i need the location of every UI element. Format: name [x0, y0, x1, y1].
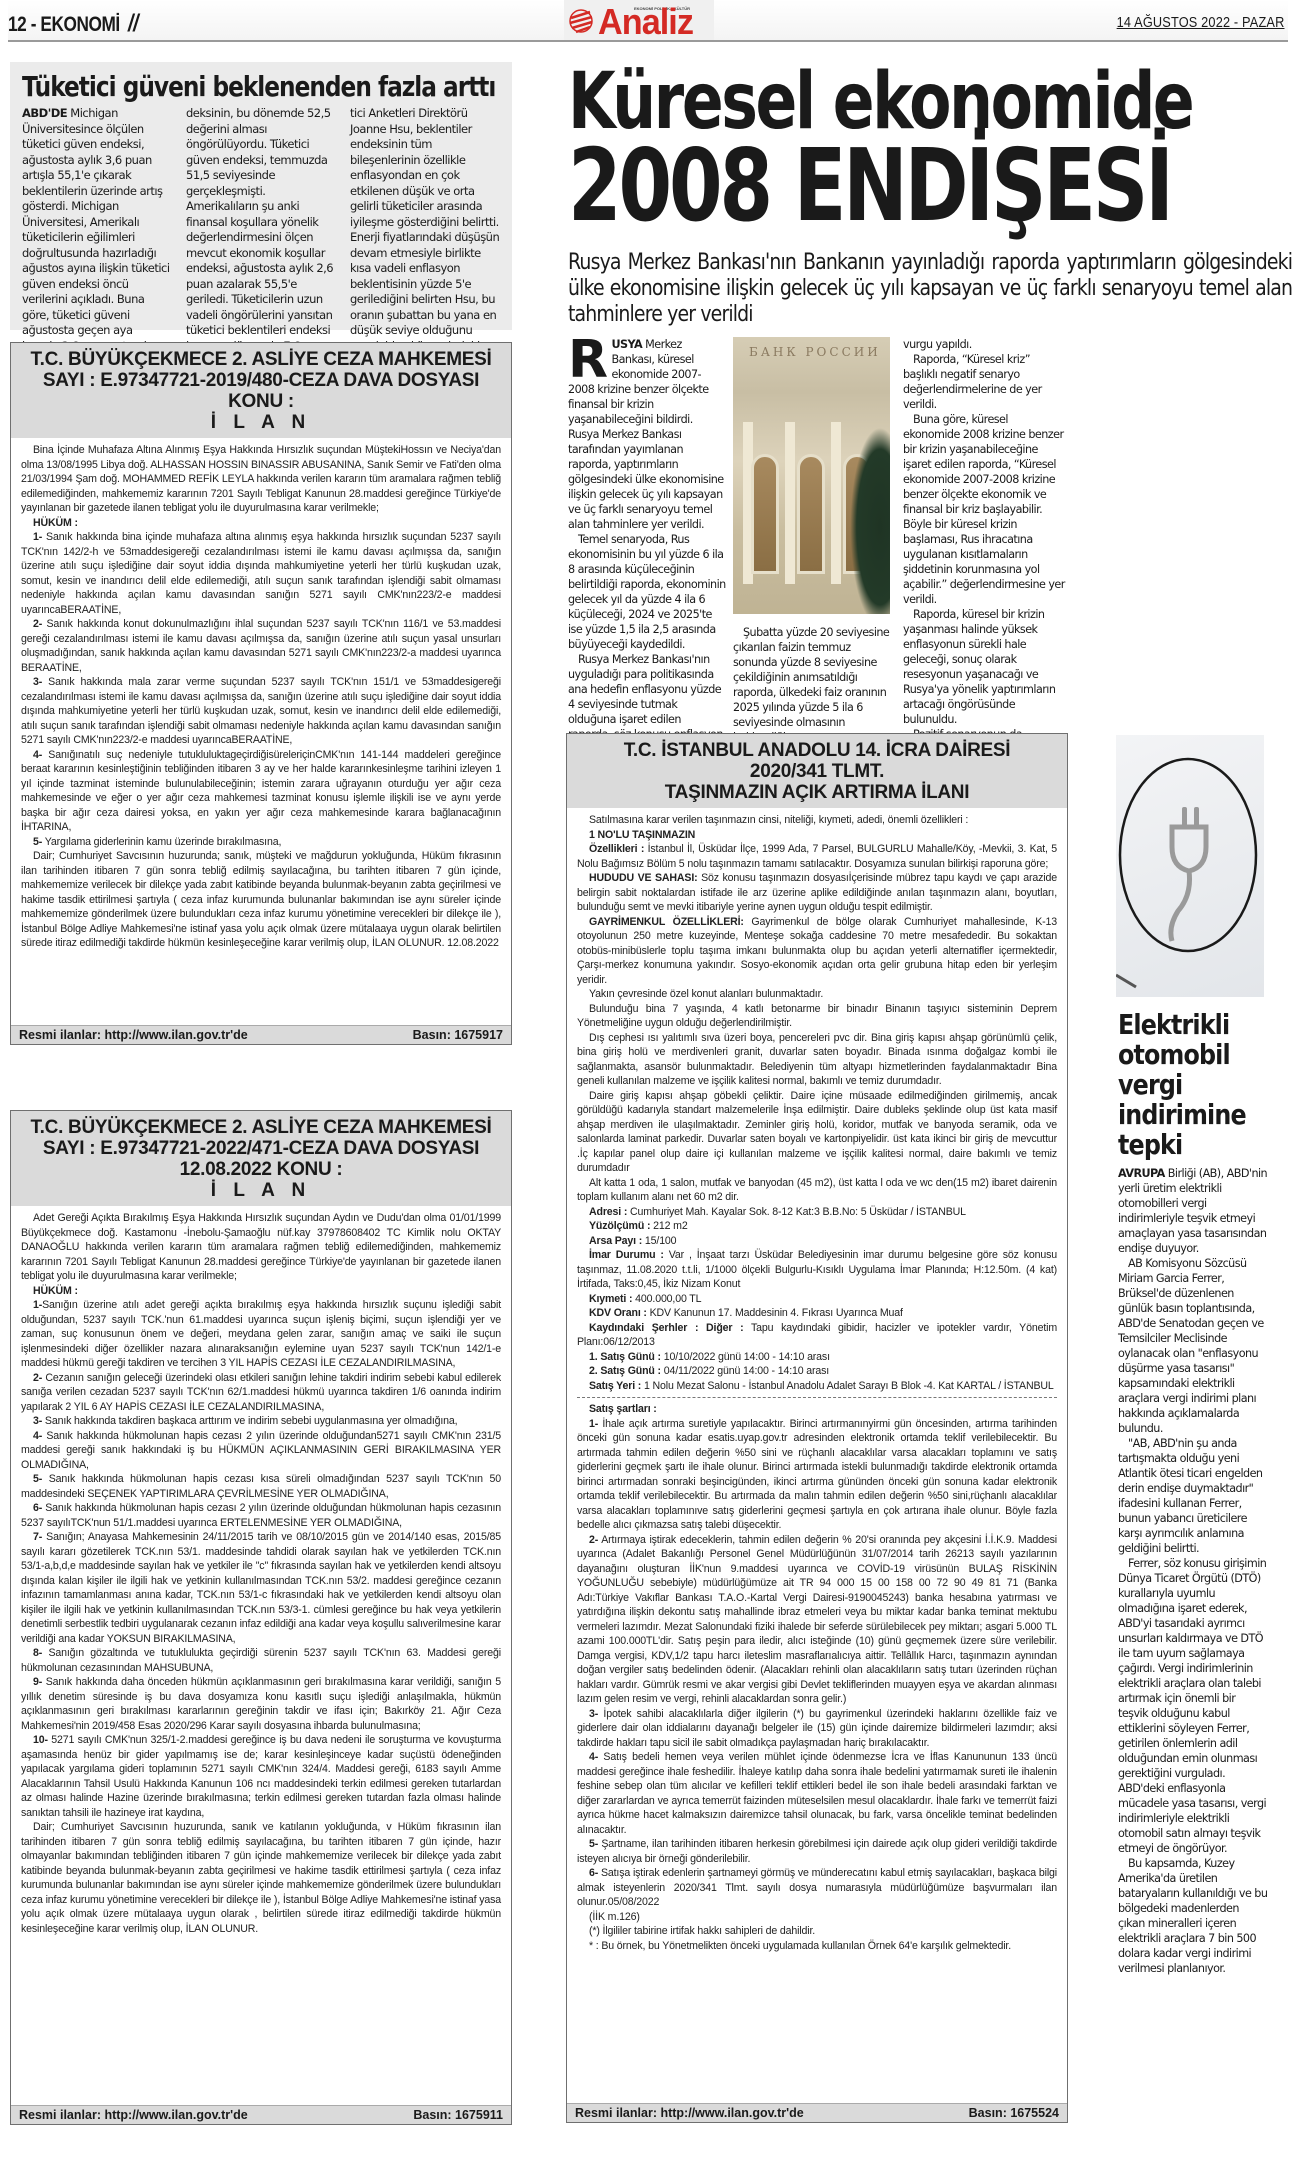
- notice-footer: Resmi ilanlar: http://www.ilan.gov.tr'de…: [567, 2103, 1067, 2122]
- item-text: Artırmaya iştirak edeceklerin, tahmin ed…: [577, 1534, 1057, 1706]
- issue-date: 14 AĞUSTOS 2022 - PAZAR: [1116, 14, 1284, 31]
- note: * : Bu örnek, bu Yönetmelikten önceki uy…: [577, 1939, 1057, 1954]
- court-name: T.C. BÜYÜKÇEKMECE 2. ASLİYE CEZA MAHKEME…: [15, 1117, 507, 1138]
- verdict-item: 2- Sanık hakkında konut dokunulmazlığını…: [21, 617, 501, 675]
- logo-globe-icon: [568, 8, 594, 34]
- paragraph: AB Komisyonu Sözcüsü Miriam Garcia Ferre…: [1118, 1256, 1268, 1436]
- item-number: 10-: [33, 1734, 48, 1746]
- ev-charging-photo: [1116, 735, 1264, 997]
- notice-intro: Satılmasına karar verilen taşınmazın cin…: [577, 813, 1057, 828]
- item-text: Sanığın üzerine atılı adet gereği açıkta…: [21, 1299, 501, 1369]
- spec-row: 1. Satış Günü : 10/10/2022 günü 14:00 - …: [577, 1350, 1057, 1365]
- spec-label: Kaydındaki Şerhler : Diğer :: [589, 1322, 744, 1334]
- file-number: 2020/341 TLMT.: [571, 761, 1063, 782]
- item-number: 6-: [589, 1867, 598, 1879]
- spec-value: 15/100: [642, 1235, 676, 1247]
- spec-value: Cumhuriyet Mah. Kayalar Sok. 8-12 Kat:3 …: [627, 1206, 966, 1218]
- paragraph: Ferrer, söz konusu girişimin Dünya Ticar…: [1118, 1556, 1268, 1856]
- field-label: Özellikleri :: [589, 843, 644, 855]
- spec-label: KDV Oranı :: [589, 1307, 647, 1319]
- item-number: 1-: [33, 1299, 42, 1311]
- verdict-item: 7- Sanığın; Anayasa Mahkemesinin 24/11/2…: [21, 1530, 501, 1646]
- spec-row: KDV Oranı : KDV Kanunun 17. Maddesinin 4…: [577, 1306, 1057, 1321]
- item-number: 5-: [33, 1473, 42, 1485]
- headline-spot: Rusya Merkez Bankası'nın Bankanın yayınl…: [568, 250, 1292, 328]
- press-number: Basın: 1675911: [413, 2108, 503, 2122]
- item-number: 3-: [33, 676, 42, 688]
- item-text: İpotek sahibi alacaklılarla diğer ilgile…: [577, 1708, 1057, 1749]
- item-number: 1-: [33, 531, 42, 543]
- ev-article-body: AVRUPA Birliği (AB), ABD'nin yerli üreti…: [1118, 1166, 1268, 1976]
- notice-footer: Resmi ilanlar: http://www.ilan.gov.tr'de…: [11, 1025, 511, 1044]
- spec-label: 1. Satış Günü :: [589, 1351, 661, 1363]
- spec-row: Adresi : Cumhuriyet Mah. Kayalar Sok. 8-…: [577, 1205, 1057, 1220]
- verdict-item: 1-Sanığın üzerine atılı adet gereği açık…: [21, 1298, 501, 1371]
- verdict-label: HÜKÜM :: [33, 517, 78, 529]
- lead-word: USYA: [612, 338, 643, 351]
- photo-caption: Şubatta yüzde 20 seviyesine çıkarılan fa…: [733, 625, 891, 745]
- item-number: 8-: [33, 1647, 42, 1659]
- spec-value: 04/11/2022 günü 14:00 - 14:10 arası: [661, 1365, 829, 1377]
- paragraph: Buna göre, küresel ekonomide 2008 krizin…: [903, 412, 1066, 607]
- paragraph: Temel senaryoda, Rus ekonomisinin bu yıl…: [568, 532, 726, 652]
- spec-label: Satış Yeri :: [589, 1380, 641, 1392]
- verdict-item: 5- Yargılama giderlerinin kamu üzerinde …: [21, 835, 501, 850]
- paragraph: Birliği (AB), ABD'nin yerli üretim elekt…: [1118, 1167, 1267, 1255]
- logo-wordmark: Analiz: [598, 2, 693, 42]
- property-field: HUDUDU VE SAHASI: Söz konusu taşınmazın …: [577, 871, 1057, 915]
- case-number: SAYI : E.97347721-2022/471-CEZA DAVA DOS…: [15, 1138, 507, 1159]
- item-number: 4-: [33, 1430, 42, 1442]
- verdict-item: 9- Sanık hakkında daha önceden hükmün aç…: [21, 1675, 501, 1733]
- term-item: 4- Satış bedeli hemen veya verilen mühle…: [577, 1750, 1057, 1837]
- item-text: Sanığınatılı suç nedeniyle tutukluluktag…: [21, 749, 501, 834]
- spec-label: İmar Durumu :: [589, 1249, 664, 1261]
- item-number: 2-: [589, 1534, 598, 1546]
- spec-value: 212 m2: [650, 1220, 687, 1232]
- subject-label: KONU :: [15, 391, 507, 412]
- verdict-item: 3- Sanık hakkında takdiren başkaca arttı…: [21, 1414, 501, 1429]
- spec-value: 10/10/2022 günü 14:00 - 14:10 arası: [661, 1351, 830, 1363]
- notice-intro: Adet Gereği Açıkta Bırakılmış Eşya Hakkı…: [21, 1211, 501, 1284]
- item-text: Yargılama giderlerinin kamu üzerinde bır…: [42, 836, 281, 848]
- term-item: 6- Satışa iştirak edenlerin şartnameyi g…: [577, 1866, 1057, 1910]
- item-text: Satış bedeli hemen veya verilen mühlet i…: [577, 1751, 1057, 1836]
- office-name: T.C. İSTANBUL ANADOLU 14. İCRA DAİRESİ: [571, 740, 1063, 761]
- court-name: T.C. BÜYÜKÇEKMECE 2. ASLİYE CEZA MAHKEME…: [15, 349, 507, 370]
- ev-article-title: Elektrikli otomobil vergi indirimine tep…: [1118, 1010, 1267, 1160]
- item-text: Sanık hakkında hükmolunan hapis cezası 2…: [21, 1430, 501, 1471]
- ilan-label: İ L A N: [15, 412, 507, 433]
- item-number: 9-: [33, 1676, 42, 1688]
- official-ads-link[interactable]: Resmi ilanlar: http://www.ilan.gov.tr'de: [575, 2106, 804, 2120]
- field-label: HUDUDU VE SAHASI:: [589, 872, 698, 884]
- paragraph: Raporda, küresel bir krizin yaşanması ha…: [903, 607, 1066, 727]
- electric-plug-icon: [1116, 735, 1264, 997]
- notice-body: Adet Gereği Açıkta Bırakılmış Eşya Hakkı…: [11, 1206, 511, 1942]
- item-number: 5-: [589, 1838, 598, 1850]
- item-text: Sanığın gözaltında ve tutuklulukta geçir…: [21, 1647, 501, 1674]
- verdict-item: 8- Sanığın gözaltında ve tutuklulukta ge…: [21, 1646, 501, 1675]
- item-text: Sanık hakkında hükmolunan hapis cezası 2…: [21, 1502, 501, 1529]
- note: (İİK m.126): [577, 1910, 1057, 1925]
- spec-value: KDV Kanunun 17. Maddesinin 4. Fıkrası Uy…: [647, 1307, 903, 1319]
- item-number: 1-: [589, 1418, 598, 1430]
- item-text: Cezanın sanığın geleceği üzerindeki olas…: [21, 1372, 501, 1413]
- subject-label: 12.08.2022 KONU :: [15, 1159, 507, 1180]
- item-text: Sanık hakkında bina içinde muhafaza altı…: [21, 531, 501, 616]
- tree-shape: [850, 427, 890, 614]
- item-number: 2-: [33, 618, 42, 630]
- slash-divider: //: [128, 10, 138, 37]
- newspaper-logo[interactable]: EKONOMİ POLİTİKA KÜLTÜR Analiz: [564, 0, 714, 40]
- notice-header: T.C. BÜYÜKÇEKMECE 2. ASLİYE CEZA MAHKEME…: [11, 343, 511, 438]
- official-ads-link[interactable]: Resmi ilanlar: http://www.ilan.gov.tr'de: [19, 1028, 248, 1042]
- press-number: Basın: 1675524: [969, 2106, 1059, 2120]
- spec-value: 1 Nolu Mezat Salonu - İstanbul Anadolu A…: [641, 1380, 1053, 1392]
- term-item: 1- İhale açık artırma suretiyle yapılaca…: [577, 1417, 1057, 1533]
- headline-line-2: 2008 ENDİŞESİ: [568, 138, 1292, 234]
- spec-value: 400.000,00 TL: [632, 1293, 701, 1305]
- paragraph: Bu kapsamda, Kuzey Amerika'da üretilen b…: [1118, 1856, 1268, 1976]
- terms-title: Satış şartları :: [589, 1403, 657, 1415]
- field-value: İstanbul İl, Üsküdar İlçe, 1999 Ada, 7 P…: [577, 843, 1057, 870]
- paragraph: Alt katta 1 oda, 1 salon, mutfak ve bany…: [577, 1176, 1057, 1205]
- spec-row: Kaydındaki Şerhler : Diğer : Tapu kaydın…: [577, 1321, 1057, 1350]
- item-number: 4-: [589, 1751, 598, 1763]
- property-field: Özellikleri : İstanbul İl, Üsküdar İlçe,…: [577, 842, 1057, 871]
- section-label: 12 - EKONOMİ//: [8, 10, 138, 38]
- spec-row: Kıymeti : 400.000,00 TL: [577, 1292, 1057, 1307]
- item-text: Sanığın; Anayasa Mahkemesinin 24/11/2015…: [21, 1531, 501, 1645]
- lead-word: AVRUPA: [1118, 1167, 1165, 1180]
- notice-body: Satılmasına karar verilen taşınmazın cin…: [567, 808, 1067, 1959]
- note: (*) İlgililer tabirine irtifak hakkı sah…: [577, 1924, 1057, 1939]
- spec-row: Arsa Payı : 15/100: [577, 1234, 1057, 1249]
- item-text: 5271 sayılı CMK'nun 325/1-2.maddesi gere…: [21, 1734, 501, 1819]
- spec-row: Satış Yeri : 1 Nolu Mezat Salonu - İstan…: [577, 1379, 1057, 1394]
- term-item: 5- Şartname, ilan tarihinden itibaren he…: [577, 1837, 1057, 1866]
- notice-type: TAŞINMAZIN AÇIK ARTIRMA İLANI: [571, 782, 1063, 803]
- spec-label: 2. Satış Günü :: [589, 1365, 661, 1377]
- ilan-label: İ L A N: [15, 1180, 507, 1201]
- paragraph: Daire giriş kapısı ahşap göbekli çelikti…: [577, 1089, 1057, 1176]
- spec-label: Kıymeti :: [589, 1293, 632, 1305]
- item-text: İhale açık artırma suretiyle yapılacaktı…: [577, 1418, 1057, 1532]
- verdict-item: 4- Sanık hakkında hükmolunan hapis cezas…: [21, 1429, 501, 1473]
- court-notice-1: T.C. BÜYÜKÇEKMECE 2. ASLİYE CEZA MAHKEME…: [10, 342, 512, 1045]
- section-title: 12 - EKONOMİ: [8, 13, 120, 36]
- verdict-item: 3- Sanık hakkında mala zarar verme suçun…: [21, 675, 501, 748]
- spec-label: Yüzölçümü :: [589, 1220, 650, 1232]
- verdict-item: 4- Sanığınatılı suç nedeniyle tutukluluk…: [21, 748, 501, 835]
- verdict-item: 5- Sanık hakkında hükmolunan hapis cezas…: [21, 1472, 501, 1501]
- verdict-item: 10- 5271 sayılı CMK'nun 325/1-2.maddesi …: [21, 1733, 501, 1820]
- dashed-divider: [577, 1397, 1057, 1398]
- field-label: GAYRİMENKUL ÖZELLİKLERİ:: [589, 916, 744, 928]
- court-notice-2: T.C. BÜYÜKÇEKMECE 2. ASLİYE CEZA MAHKEME…: [10, 1110, 512, 2125]
- spec-row: 2. Satış Günü : 04/11/2022 günü 14:00 - …: [577, 1364, 1057, 1379]
- notice-header: T.C. İSTANBUL ANADOLU 14. İCRA DAİRESİ 2…: [567, 734, 1067, 808]
- article-title: Tüketici güveni beklenenden fazla arttı: [22, 70, 487, 104]
- item-text: Sanık hakkında hükmolunan hapis cezası k…: [21, 1473, 501, 1500]
- building-inscription: БАНК РОССИИ: [749, 345, 881, 359]
- item-number: 3-: [33, 1415, 42, 1427]
- notice-closing: Dair; Cumhuriyet Savcısının huzurunda; s…: [21, 849, 501, 951]
- property-title: 1 NO'LU TAŞINMAZIN: [589, 829, 695, 841]
- spec-row: Yüzölçümü : 212 m2: [577, 1219, 1057, 1234]
- verdict-item: 1- Sanık hakkında bina içinde muhafaza a…: [21, 530, 501, 617]
- consumer-confidence-article: Tüketici güveni beklenenden fazla arttı …: [10, 62, 512, 330]
- notice-intro: Bina İçinde Muhafaza Altına Alınmış Eşya…: [21, 443, 501, 516]
- term-item: 3- İpotek sahibi alacaklılarla diğer ilg…: [577, 1707, 1057, 1751]
- item-number: 7-: [33, 1531, 42, 1543]
- paragraph: vurgu yapıldı.: [903, 337, 1066, 352]
- notice-closing: Dair; Cumhuriyet Savcısının huzurunda, s…: [21, 1820, 501, 1936]
- notice-footer: Resmi ilanlar: http://www.ilan.gov.tr'de…: [11, 2105, 511, 2124]
- page-header: 12 - EKONOMİ// EKONOMİ POLİTİKA KÜLTÜR A…: [8, 0, 1288, 42]
- item-number: 6-: [33, 1502, 42, 1514]
- spec-row: İmar Durumu : Var , İnşaat tarzı Üsküdar…: [577, 1248, 1057, 1292]
- spec-label: Arsa Payı :: [589, 1235, 642, 1247]
- press-number: Basın: 1675917: [413, 1028, 503, 1042]
- bank-of-russia-photo: БАНК РОССИИ: [733, 337, 890, 614]
- paragraph: Raporda, “Küresel kriz” başlıklı negatif…: [903, 352, 1066, 412]
- paragraph: Bulunduğu bina 7 yaşında, 4 katlı betona…: [577, 1002, 1057, 1031]
- notice-header: T.C. BÜYÜKÇEKMECE 2. ASLİYE CEZA MAHKEME…: [11, 1111, 511, 1206]
- verdict-label: HÜKÜM :: [33, 1285, 78, 1297]
- paragraph: Yakın çevresinde özel konut alanları bul…: [577, 987, 1057, 1002]
- lead-word: ABD'DE: [22, 106, 67, 120]
- drop-cap: R: [568, 339, 608, 381]
- item-text: Sanık hakkında mala zarar verme suçundan…: [21, 676, 501, 746]
- item-number: 3-: [589, 1708, 598, 1720]
- verdict-item: 6- Sanık hakkında hükmolunan hapis cezas…: [21, 1501, 501, 1530]
- paragraph: "AB, ABD'nin şu anda tartışmakta olduğu …: [1118, 1436, 1268, 1556]
- official-ads-link[interactable]: Resmi ilanlar: http://www.ilan.gov.tr'de: [19, 2108, 248, 2122]
- item-number: 4-: [33, 749, 42, 761]
- verdict-item: 2- Cezanın sanığın geleceği üzerindeki o…: [21, 1371, 501, 1415]
- item-text: Satışa iştirak edenlerin şartnameyi görm…: [577, 1867, 1057, 1908]
- item-text: Şartname, ilan tarihinden itibaren herke…: [577, 1838, 1057, 1865]
- item-number: 5-: [33, 836, 42, 848]
- item-number: 2-: [33, 1372, 42, 1384]
- term-item: 2- Artırmaya iştirak edeceklerin, tahmin…: [577, 1533, 1057, 1707]
- auction-notice: T.C. İSTANBUL ANADOLU 14. İCRA DAİRESİ 2…: [566, 733, 1068, 2123]
- item-text: Sanık hakkında takdiren başkaca arttırım…: [42, 1415, 457, 1427]
- notice-body: Bina İçinde Muhafaza Altına Alınmış Eşya…: [11, 438, 511, 957]
- item-text: Sanık hakkında konut dokunulmazlığını ih…: [21, 618, 501, 674]
- main-headline: Küresel ekonomide 2008 ENDİŞESİ: [568, 62, 1288, 234]
- property-field: GAYRİMENKUL ÖZELLİKLERİ: Gayrimenkul de …: [577, 915, 1057, 988]
- paragraph: Dış cephesi ısı yalıtımlı sıva üzeri boy…: [577, 1031, 1057, 1089]
- case-number: SAYI : E.97347721-2019/480-CEZA DAVA DOS…: [15, 370, 507, 391]
- spec-label: Adresi :: [589, 1206, 627, 1218]
- item-text: Sanık hakkında daha önceden hükmün açıkl…: [21, 1676, 501, 1732]
